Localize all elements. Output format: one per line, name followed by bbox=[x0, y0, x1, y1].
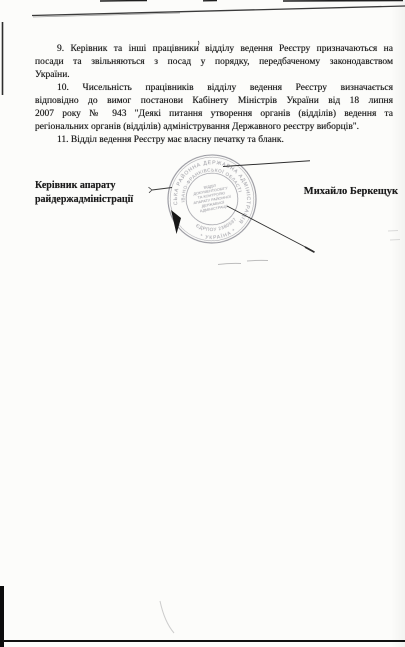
scan-artifact-bottom-curve bbox=[160, 601, 174, 633]
scan-artifact-bottom-line bbox=[3, 640, 405, 642]
document-line: України. bbox=[35, 69, 393, 82]
stamp-center-text: ВІДДІЛ ДОКУМЕНТООБІГУ ТА КОНТРОЛЮ АПАРАТ… bbox=[191, 181, 234, 214]
paragraph-9: 9. Керівник та інші працівники відділу в… bbox=[35, 43, 393, 82]
paragraph-11: 11. Відділ ведення Реєстру має власну пе… bbox=[35, 134, 393, 147]
scan-artifact-bottom-left-bar bbox=[0, 586, 4, 647]
signature-name: Михайло Беркещук bbox=[304, 186, 398, 197]
scan-artifact-top-edge bbox=[100, 1, 403, 2]
document-line: відповідно до вимог постанови Кабінету М… bbox=[35, 95, 393, 108]
document-line: 9. Керівник та інші працівники відділу в… bbox=[35, 43, 393, 56]
document-line: 11. Відділ ведення Реєстру має власну пе… bbox=[35, 134, 393, 147]
document-line: посади та звільняються з посад у порядку… bbox=[35, 56, 393, 69]
document-line: регіональних органів (відділів) адмініст… bbox=[35, 121, 393, 134]
scan-artifact-top-line-echo bbox=[33, 13, 180, 17]
paragraph-10: 10. Чисельність працівників відділу веде… bbox=[35, 82, 393, 134]
document-page: 9. Керівник та інші працівники відділу в… bbox=[0, 0, 405, 647]
scan-artifact-faint-dashes bbox=[218, 260, 268, 264]
document-line: 2007 року № 943 "Деякі питання утворення… bbox=[35, 108, 393, 121]
scan-edge-shade bbox=[391, 0, 405, 647]
official-round-stamp: КОЛОМИЙСЬКА РАЙОННА ДЕРЖАВНА АДМІНІСТРАЦ… bbox=[159, 146, 266, 253]
scan-artifact-right-smudges bbox=[388, 231, 400, 241]
document-body: 9. Керівник та інші працівники відділу в… bbox=[35, 43, 393, 147]
signature-stroke-lower-end bbox=[305, 247, 315, 252]
document-line: 10. Чисельність працівників відділу веде… bbox=[35, 82, 393, 95]
scan-artifact-top-line bbox=[32, 6, 405, 16]
